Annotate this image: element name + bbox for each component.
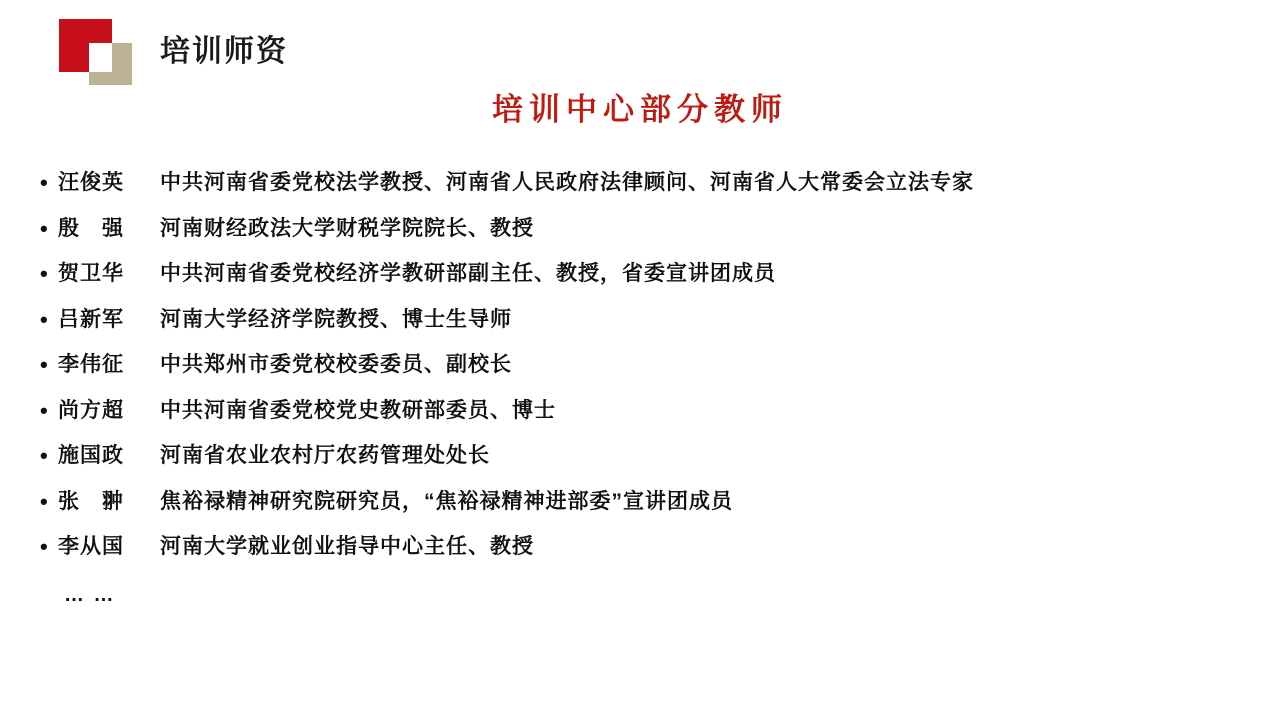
teacher-name: 张 翀 <box>58 479 160 525</box>
page-title: 培训师资 <box>160 26 288 70</box>
teacher-item: • 李从国 河南大学就业创业指导中心主任、教授 <box>40 524 1256 570</box>
teacher-name: 李从国 <box>58 524 160 570</box>
teacher-item: • 张 翀 焦裕禄精神研究院研究员，“焦裕禄精神进部委”宣讲团成员 <box>40 479 1256 525</box>
teacher-description: 河南财经政法大学财税学院院长、教授 <box>160 206 1256 252</box>
teacher-name: 李伟征 <box>58 342 160 388</box>
bullet-icon: • <box>40 524 58 570</box>
teacher-list: • 汪俊英 中共河南省委党校法学教授、河南省人民政府法律顾问、河南省人大常委会立… <box>40 160 1256 570</box>
teacher-description: 河南大学就业创业指导中心主任、教授 <box>160 524 1256 570</box>
teacher-description: 中共河南省委党校经济学教研部副主任、教授，省委宣讲团成员 <box>160 251 1256 297</box>
bullet-icon: • <box>40 297 58 343</box>
logo-white-notch <box>89 43 112 72</box>
slide-subtitle: 培训中心部分教师 <box>0 84 1280 129</box>
teacher-description: 河南大学经济学院教授、博士生导师 <box>160 297 1256 343</box>
slide-logo <box>58 18 138 90</box>
teacher-name: 贺卫华 <box>58 251 160 297</box>
teacher-item: • 尚方超 中共河南省委党校党史教研部委员、博士 <box>40 388 1256 434</box>
teacher-name: 殷 强 <box>58 206 160 252</box>
teacher-item: • 汪俊英 中共河南省委党校法学教授、河南省人民政府法律顾问、河南省人大常委会立… <box>40 160 1256 206</box>
teacher-name: 尚方超 <box>58 388 160 434</box>
more-indicator: … … <box>64 584 116 607</box>
teacher-description: 焦裕禄精神研究院研究员，“焦裕禄精神进部委”宣讲团成员 <box>160 479 1256 525</box>
slide: { "header": { "title": "培训师资" }, "subtit… <box>0 0 1280 720</box>
teacher-item: • 贺卫华 中共河南省委党校经济学教研部副主任、教授，省委宣讲团成员 <box>40 251 1256 297</box>
teacher-item: • 李伟征 中共郑州市委党校校委委员、副校长 <box>40 342 1256 388</box>
teacher-name: 吕新军 <box>58 297 160 343</box>
bullet-icon: • <box>40 433 58 479</box>
teacher-item: • 施国政 河南省农业农村厅农药管理处处长 <box>40 433 1256 479</box>
teacher-item: • 吕新军 河南大学经济学院教授、博士生导师 <box>40 297 1256 343</box>
bullet-icon: • <box>40 206 58 252</box>
bullet-icon: • <box>40 160 58 206</box>
bullet-icon: • <box>40 479 58 525</box>
bullet-icon: • <box>40 251 58 297</box>
teacher-name: 汪俊英 <box>58 160 160 206</box>
teacher-description: 中共郑州市委党校校委委员、副校长 <box>160 342 1256 388</box>
teacher-description: 河南省农业农村厅农药管理处处长 <box>160 433 1256 479</box>
teacher-name: 施国政 <box>58 433 160 479</box>
bullet-icon: • <box>40 342 58 388</box>
teacher-description: 中共河南省委党校法学教授、河南省人民政府法律顾问、河南省人大常委会立法专家 <box>160 160 1256 206</box>
bullet-icon: • <box>40 388 58 434</box>
teacher-item: • 殷 强 河南财经政法大学财税学院院长、教授 <box>40 206 1256 252</box>
teacher-description: 中共河南省委党校党史教研部委员、博士 <box>160 388 1256 434</box>
